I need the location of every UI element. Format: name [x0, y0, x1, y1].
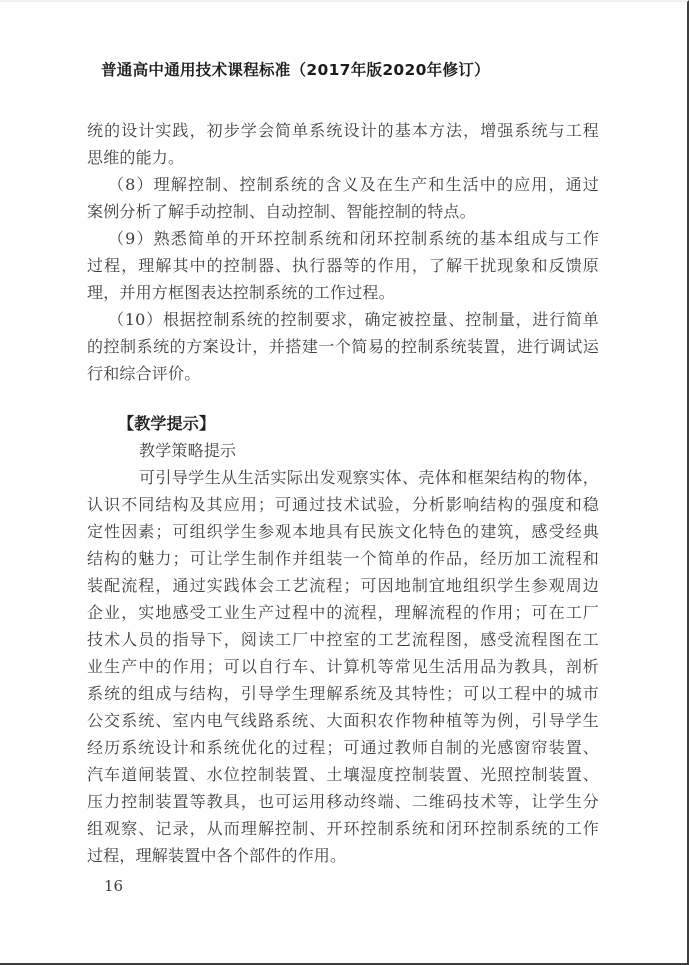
text-line: 结构的魅力；可让学生制作并组装一个简单的作品，经历加工流程和 — [87, 545, 599, 572]
text-line: 组观察、记录，从而理解控制、开环控制系统和闭环控制系统的工作 — [87, 815, 599, 842]
text-line: 行和综合评价。 — [87, 360, 599, 387]
text-line: 业生产中的作用；可以自行车、计算机等常见生活用品为教具，剖析 — [87, 653, 599, 680]
text-line: 思维的能力。 — [87, 144, 599, 171]
section-subheading-teaching-strategy: 教学策略提示 — [87, 437, 599, 464]
text-line: 理，并用方框图表达控制系统的工作过程。 — [87, 279, 599, 306]
text-line: 技术人员的指导下，阅读工厂中控室的工艺流程图，感受流程图在工 — [87, 626, 599, 653]
page-body: 统的设计实践，初步学会简单系统设计的基本方法，增强系统与工程 思维的能力。 （8… — [87, 117, 599, 896]
running-header: 普通高中通用技术课程标准（2017年版2020年修订） — [101, 60, 597, 80]
section-heading-teaching-tips: 【教学提示】 — [87, 410, 599, 437]
text-line: 经历系统设计和系统优化的过程；可通过教师自制的光感窗帘装置、 — [87, 734, 599, 761]
text-line: 压力控制装置等教具，也可运用移动终端、二维码技术等，让学生分 — [87, 788, 599, 815]
text-line: 汽车道闸装置、水位控制装置、土壤湿度控制装置、光照控制装置、 — [87, 761, 599, 788]
text-line: 认识不同结构及其应用；可通过技术试验，分析影响结构的强度和稳 — [87, 491, 599, 518]
objectives-paragraphs: 统的设计实践，初步学会简单系统设计的基本方法，增强系统与工程 思维的能力。 （8… — [87, 117, 599, 387]
document-page: 普通高中通用技术课程标准（2017年版2020年修订） 统的设计实践，初步学会简… — [0, 0, 689, 965]
text-line: 过程，理解装置中各个部件的作用。 — [87, 842, 599, 869]
text-line: 统的设计实践，初步学会简单系统设计的基本方法，增强系统与工程 — [87, 117, 599, 144]
text-line: 可引导学生从生活实际出发观察实体、壳体和框架结构的物体， — [87, 464, 599, 491]
text-line: 案例分析了解手动控制、自动控制、智能控制的特点。 — [87, 198, 599, 225]
text-line: 企业，实地感受工业生产过程中的流程，理解流程的作用；可在工厂 — [87, 599, 599, 626]
text-line: 过程，理解其中的控制器、执行器等的作用，了解干扰现象和反馈原 — [87, 252, 599, 279]
teaching-tips-section: 【教学提示】 教学策略提示 可引导学生从生活实际出发观察实体、壳体和框架结构的物… — [87, 410, 599, 869]
page-number: 16 — [104, 876, 599, 896]
text-line: （10）根据控制系统的控制要求，确定被控量、控制量，进行简单 — [87, 306, 599, 333]
text-line: 装配流程，通过实践体会工艺流程；可因地制宜地组织学生参观周边 — [87, 572, 599, 599]
text-line: 定性因素；可组织学生参观本地具有民族文化特色的建筑，感受经典 — [87, 518, 599, 545]
text-line: 公交系统、室内电气线路系统、大面积农作物种植等为例，引导学生 — [87, 707, 599, 734]
text-line: （9）熟悉简单的开环控制系统和闭环控制系统的基本组成与工作 — [87, 225, 599, 252]
text-line: （8）理解控制、控制系统的含义及在生产和生活中的应用，通过 — [87, 171, 599, 198]
text-line: 系统的组成与结构，引导学生理解系统及其特性；可以工程中的城市 — [87, 680, 599, 707]
text-line: 的控制系统的方案设计，并搭建一个简易的控制系统装置，进行调试运 — [87, 333, 599, 360]
